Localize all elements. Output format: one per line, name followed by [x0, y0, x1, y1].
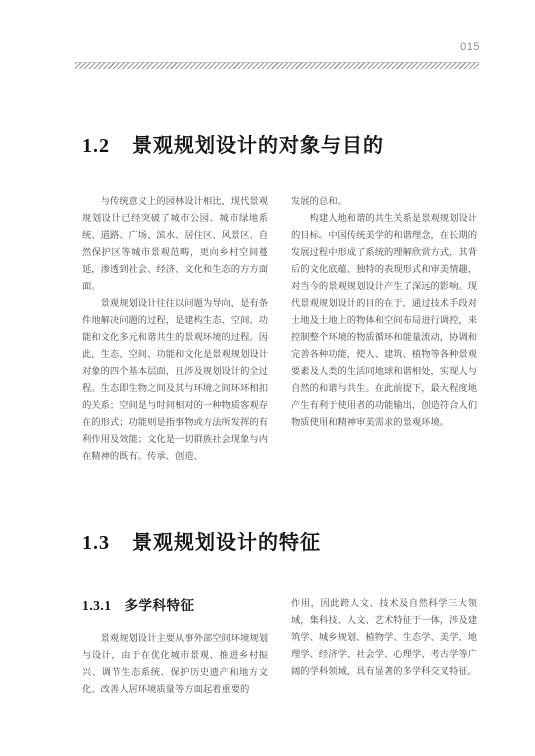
- paragraph: 景观规划设计往往以问题为导向，是有条件地解决问题的过程，是建构生态、空间、功能和…: [82, 295, 268, 465]
- section-number: 1.3: [82, 532, 110, 555]
- subsection-heading-1-3-1: 1.3.1 多学科特征: [82, 594, 195, 614]
- subsection-number: 1.3.1: [82, 598, 112, 614]
- section-1-2-right-column: 发展的总和。 构建人地和谐的共生关系是景观规划设计的目标。中国传统美学的和谐理念…: [291, 193, 477, 431]
- section-heading-1-3: 1.3 景观规划设计的特征: [82, 526, 321, 555]
- paragraph-continuation: 发展的总和。: [291, 193, 477, 210]
- paragraph: 构建人地和谐的共生关系是景观规划设计的目标。中国传统美学的和谐理念，在长期的发展…: [291, 210, 477, 431]
- paragraph: 与传统意义上的园林设计相比，现代景观规划设计已经突破了城市公园、城市绿地系统、道…: [82, 193, 268, 295]
- section-title: 景观规划设计的特征: [132, 526, 321, 555]
- paragraph-continuation: 作用，因此跨人文、技术及自然科学三大领域，集科技、人文、艺术特征于一体，涉及建筑…: [291, 595, 477, 680]
- subsection-title: 多学科特征: [125, 594, 195, 614]
- page-number: 015: [0, 41, 480, 53]
- book-page: 015 1.2 景观规划设计的对象与目的 与传统意义上的园林设计相比，现代景观规…: [0, 0, 535, 756]
- section-number: 1.2: [82, 135, 110, 158]
- section-heading-1-2: 1.2 景观规划设计的对象与目的: [82, 129, 384, 158]
- section-1-2-left-column: 与传统意义上的园林设计相比，现代景观规划设计已经突破了城市公园、城市绿地系统、道…: [82, 193, 268, 465]
- section-title: 景观规划设计的对象与目的: [132, 129, 384, 158]
- decorative-hatched-divider: [75, 62, 479, 69]
- subsection-1-3-1-left-column: 景观规划设计主要从事外部空间环境规划与设计，由于在优化城市景观、推进乡村振兴、调…: [82, 630, 268, 698]
- paragraph: 景观规划设计主要从事外部空间环境规划与设计，由于在优化城市景观、推进乡村振兴、调…: [82, 630, 268, 698]
- subsection-1-3-1-right-column: 作用，因此跨人文、技术及自然科学三大领域，集科技、人文、艺术特征于一体，涉及建筑…: [291, 595, 477, 680]
